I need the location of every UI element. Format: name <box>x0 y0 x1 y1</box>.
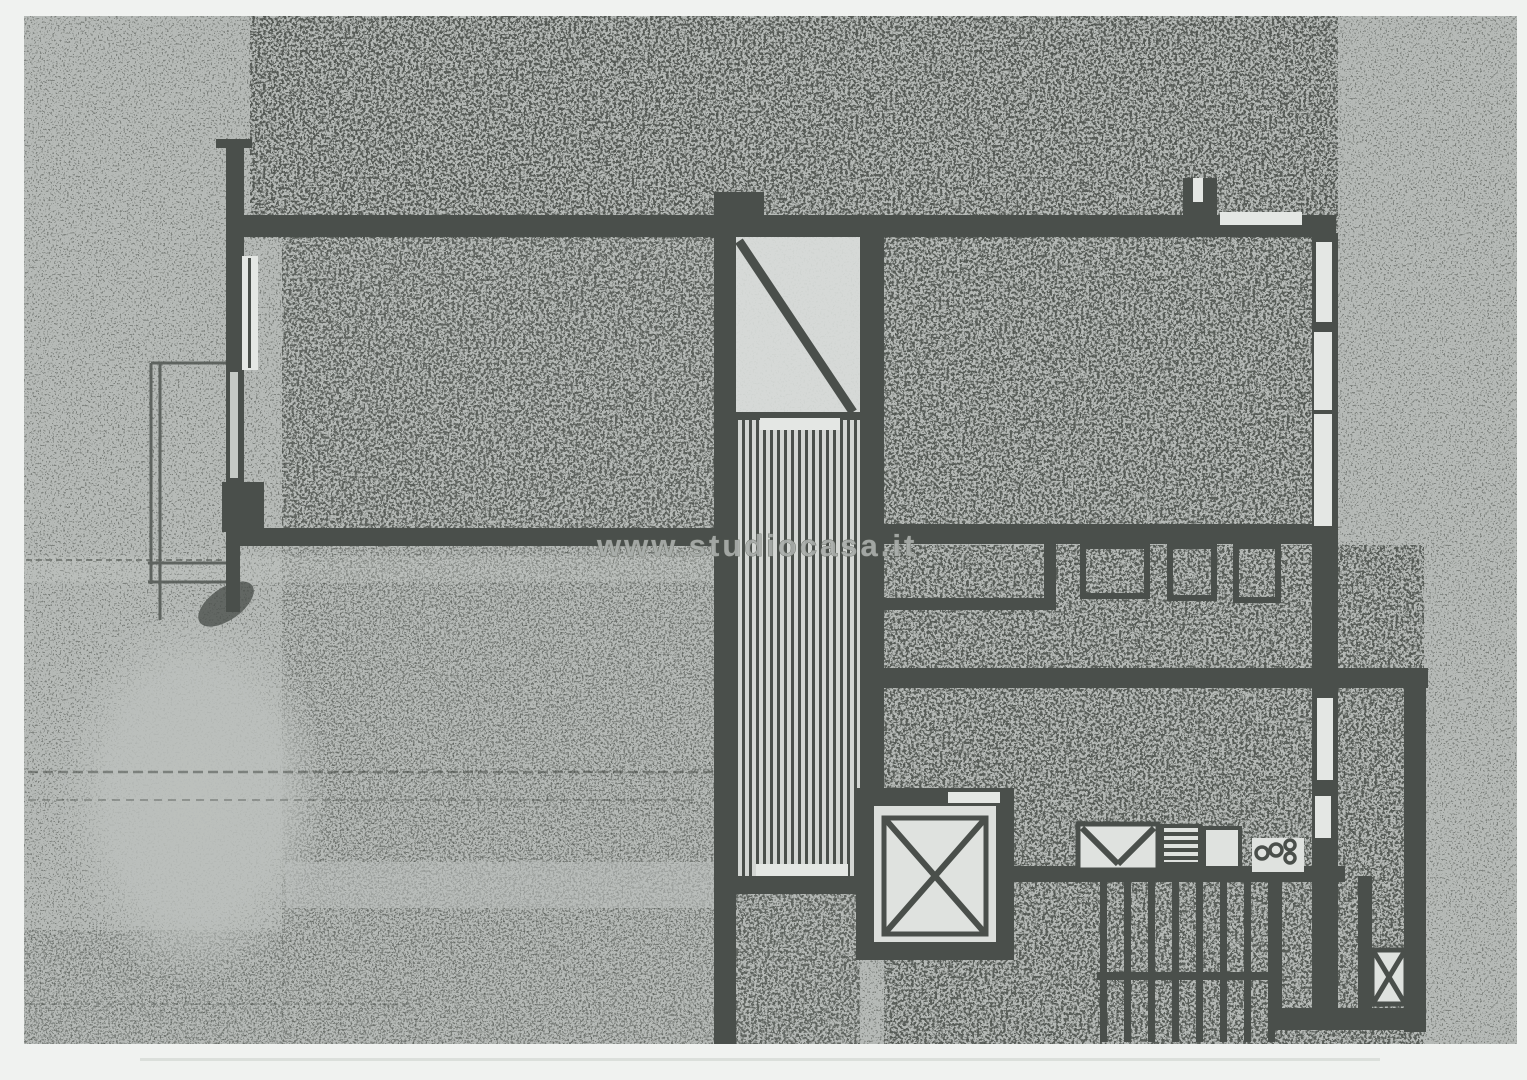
service-duct-x-icon <box>1372 950 1406 1004</box>
middle-wall-right <box>882 524 1314 544</box>
diagonal-flight <box>736 237 860 412</box>
bottom-margin-line <box>140 1058 1380 1061</box>
elevator-shaft <box>856 788 1014 960</box>
left-wall-stub <box>226 141 244 218</box>
drainer-icon <box>1162 826 1200 864</box>
hatched-shaft <box>736 412 862 876</box>
floor-plan-scan: www.studiocasa.it <box>0 0 1527 1080</box>
bottom-wall-right <box>1272 1008 1426 1030</box>
scanned-floor-plan-page: www.studiocasa.it <box>0 0 1527 1080</box>
corridor-wall <box>882 668 1428 688</box>
counter-cupboard <box>1204 828 1240 868</box>
shaft-left-wall <box>714 218 736 1045</box>
elevator-door-opening <box>948 792 1000 803</box>
sink-icon <box>1078 824 1158 870</box>
stair-stringer-line <box>1097 972 1281 980</box>
right-exterior-wall <box>1312 233 1338 880</box>
top-exterior-wall <box>230 215 1336 237</box>
shaft-right-wall <box>860 235 884 792</box>
watermark-text: www.studiocasa.it <box>596 528 917 563</box>
stove-burners-icon <box>1252 838 1304 872</box>
